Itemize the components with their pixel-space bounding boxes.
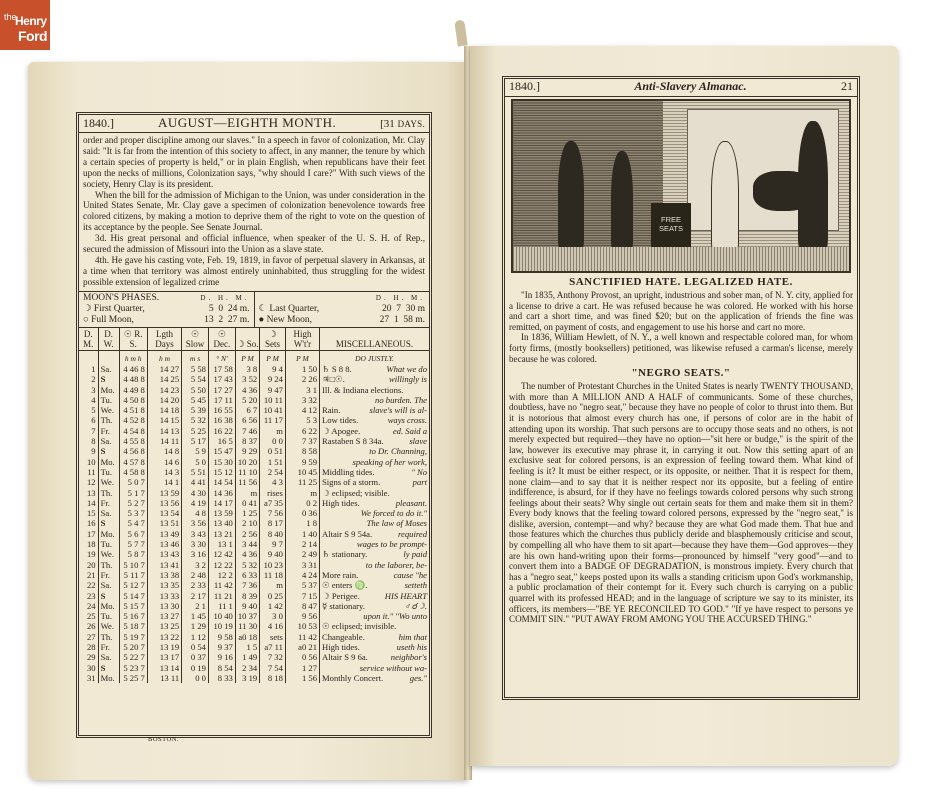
calendar-cell: 15 30 [208, 457, 235, 467]
calendar-cell: 14 17 [208, 498, 235, 508]
calendar-cell: 4 56 8 [119, 446, 147, 456]
calendar-cell: 3 19 [235, 673, 259, 683]
calendar-cell: 8 58 [285, 446, 319, 456]
calendar-cell: 5 20 [235, 395, 259, 405]
negro-seats-text: The number of Protestant Churches in the… [505, 379, 857, 625]
calendar-cell: 3 52 [235, 374, 259, 384]
calendar-cell: 5 51 [182, 467, 209, 477]
paragraph: 3d. His great personal and official infl… [83, 233, 425, 255]
calendar-cell: 9 37 [208, 642, 235, 652]
calendar-cell: 9 7 [260, 539, 286, 549]
miscellaneous-cell: " NoMiddling tides. [320, 467, 430, 477]
calendar-column-header: MISCELLANEOUS. [320, 328, 430, 351]
calendar-cell: 0 25 [260, 591, 286, 601]
calendar-cell: 4 51 8 [119, 405, 147, 415]
calendar-row: 25Tu.5 16 713 271 4510 4010 373 09 56upo… [79, 611, 429, 621]
calendar-cell: 5 37 [285, 580, 319, 590]
miscellaneous-cell: We forced to do it." [320, 508, 430, 518]
calendar-cell: 28 [79, 642, 98, 652]
calendar-row: 21Fr.5 11 713 382 4812 26 3311 184 24cau… [79, 570, 429, 580]
calendar-cell: 4 50 8 [119, 395, 147, 405]
calendar-cell: 13 17 [147, 652, 181, 662]
calendar-cell: Sa. [98, 364, 119, 374]
calendar-cell: 6 56 [235, 415, 259, 425]
calendar-cell: 11 56 [235, 477, 259, 487]
open-almanac-book: 1840.] AUGUST—EIGHTH MONTH. [31 DAYS. or… [28, 40, 908, 780]
miscellaneous-cell: him thatChangeable. [320, 632, 430, 642]
calendar-cell: 4 49 8 [119, 385, 147, 395]
calendar-cell: 10 23 [260, 560, 286, 570]
miscellaneous-cell: willingly is♃□☉. [320, 374, 430, 384]
calendar-cell: Fr. [98, 570, 119, 580]
calendar-cell: 8 47 [285, 601, 319, 611]
calendar-cell: 1 49 [235, 652, 259, 662]
calendar-row: 27Th.5 19 713 221 129 58a0 18sets11 42hi… [79, 632, 429, 642]
unit-label: h m [147, 350, 181, 364]
calendar-cell: 5 3 7 [119, 508, 147, 518]
calendar-cell: 13 21 [208, 529, 235, 539]
calendar-cell: sets [260, 632, 286, 642]
calendar-cell: 14 18 [147, 405, 181, 415]
left-page-frame: 1840.] AUGUST—EIGHTH MONTH. [31 DAYS. or… [76, 112, 432, 738]
calendar-cell: 13 [79, 488, 98, 498]
calendar-cell: 1 25 [235, 508, 259, 518]
calendar-cell: 0 2 [285, 498, 319, 508]
calendar-cell: Mo. [98, 457, 119, 467]
calendar-cell: 4 57 8 [119, 457, 147, 467]
calendar-cell: m [260, 580, 286, 590]
calendar-cell: 6 22 [285, 426, 319, 436]
calendar-cell: 5 11 7 [119, 570, 147, 580]
calendar-cell: 5 18 7 [119, 621, 147, 631]
miscellaneous-cell: wages to be prompt- [320, 539, 430, 549]
calendar-cell: 5 0 [182, 457, 209, 467]
street-ground [513, 247, 849, 271]
calendar-cell: 12 [79, 477, 98, 487]
calendar-cell: 9 56 [285, 611, 319, 621]
calendar-row: 28Fr.5 20 713 190 549 371 5a7 11a0 21use… [79, 642, 429, 652]
calendar-row: 13Th.5 1 713 594 3014 36mrisesm☽ eclipse… [79, 488, 429, 498]
first-quarter-icon: ☽ [83, 304, 92, 314]
calendar-cell: 4 12 [285, 405, 319, 415]
calendar-cell: 1 45 [182, 611, 209, 621]
calendar-cell: 11 25 [285, 477, 319, 487]
imprint-boston: BOSTON. [148, 736, 179, 743]
calendar-cell: 5 54 [182, 374, 209, 384]
left-body-text: order and proper discipline among our sl… [79, 133, 429, 288]
calendar-cell: 27 [79, 632, 98, 642]
calendar-cell: 13 25 [147, 621, 181, 631]
calendar-cell: 13 1 [208, 539, 235, 549]
calendar-cell: m [260, 426, 286, 436]
calendar-cell: m [235, 488, 259, 498]
calendar-cell: 1 42 [260, 601, 286, 611]
calendar-cell: 3 30 [182, 539, 209, 549]
calendar-cell: 2 54 [260, 467, 286, 477]
calendar-cell: 3 0 [260, 611, 286, 621]
calendar-cell: 5 4 7 [119, 518, 147, 528]
calendar-cell: 11 18 [260, 570, 286, 580]
calendar-cell: 4 24 [285, 570, 319, 580]
calendar-cell: 1 40 [285, 529, 319, 539]
cart-office-scene [513, 101, 663, 271]
unit-label: m s [182, 350, 209, 364]
unit-label [79, 350, 98, 364]
calendar-cell: 0 0 [260, 436, 286, 446]
calendar-row: 14Fr.5 2 713 564 1914 170 41a7 350 2plea… [79, 498, 429, 508]
left-running-header: 1840.] AUGUST—EIGHTH MONTH. [31 DAYS. [79, 115, 429, 133]
calendar-cell: Fr. [98, 426, 119, 436]
calendar-cell: S [98, 374, 119, 384]
miscellaneous-cell: ly paid♄ stationary. [320, 549, 430, 559]
calendar-cell: 1 56 [285, 673, 319, 683]
calendar-cell: 5 12 7 [119, 580, 147, 590]
calendar-column-header: ☉ Dec. [208, 328, 235, 351]
calendar-cell: 16 38 [208, 415, 235, 425]
calendar-cell: 13 35 [147, 580, 181, 590]
section-heading-negro-seats: "NEGRO SEATS." [505, 367, 857, 379]
unit-label: P M [285, 350, 319, 364]
calendar-row: 19We.5 8 713 433 1612 424 369 402 49ly p… [79, 549, 429, 559]
calendar-cell: 10 11 [260, 395, 286, 405]
calendar-cell: Mo. [98, 601, 119, 611]
new-moon-icon: ● [259, 315, 265, 325]
miscellaneous-cell: The law of Moses [320, 518, 430, 528]
calendar-cell: 13 56 [147, 498, 181, 508]
calendar-cell: 12 22 [208, 560, 235, 570]
calendar-cell: 6 7 [235, 405, 259, 415]
calendar-row: 23S5 14 713 332 1711 218 390 257 15HIS H… [79, 591, 429, 601]
calendar-row: 9S4 56 814 85 915 479 290 518 58to Dr. C… [79, 446, 429, 456]
calendar-cell: 3 56 [182, 518, 209, 528]
calendar-cell: 4 19 [182, 498, 209, 508]
miscellaneous-cell: service without wa- [320, 663, 430, 673]
left-header-title: AUGUST—EIGHTH MONTH. [158, 115, 336, 131]
calendar-cell: 13 51 [147, 518, 181, 528]
calendar-cell: 11 10 [235, 467, 259, 477]
calendar-cell: 13 46 [147, 539, 181, 549]
unit-label: P M [235, 350, 259, 364]
calendar-cell: 4 [79, 395, 98, 405]
miscellaneous-cell: slaveRastaben S 8 34a. [320, 436, 430, 446]
calendar-cell: 2 10 [235, 518, 259, 528]
calendar-cell: 11 17 [260, 415, 286, 425]
calendar-row: 10Mo.4 57 814 65 015 3010 201 519 59spea… [79, 457, 429, 467]
calendar-cell: 8 17 [260, 518, 286, 528]
calendar-cell: 12 42 [208, 549, 235, 559]
paragraph: order and proper discipline among our sl… [83, 135, 425, 190]
moon-phases-col-2: D. H. M. ☾ Last Quarter, 20 7 30 m ● New… [254, 292, 430, 327]
calendar-cell: Th. [98, 632, 119, 642]
calendar-cell: 2 34 [235, 663, 259, 673]
calendar-cell: 5 25 7 [119, 673, 147, 683]
unit-label [98, 350, 119, 364]
calendar-cell: a7 35 [260, 498, 286, 508]
paragraph: In 1836, William Hewlett, of N. Y., a we… [509, 332, 853, 364]
calendar-cell: 9 40 [235, 601, 259, 611]
right-page: 1840.] Anti-Slavery Almanac. 21 FREE SEA… [470, 46, 898, 766]
calendar-cell: 22 [79, 580, 98, 590]
calendar-cell: 10 53 [285, 621, 319, 631]
calendar-row: 22Sa.5 12 713 352 3311 427 36m5 37settet… [79, 580, 429, 590]
calendar-cell: 5 17 [182, 436, 209, 446]
calendar-cell: 16 22 [208, 426, 235, 436]
calendar-cell: 7 46 [235, 426, 259, 436]
calendar-cell: 11 30 [235, 621, 259, 631]
moon-phases: MOON'S PHASES.D. H. M. ☽ First Quarter, … [79, 291, 429, 328]
calendar-row: 5We.4 51 814 185 3916 556 710 414 12slav… [79, 405, 429, 415]
calendar-cell: 8 37 [235, 436, 259, 446]
calendar-cell: S [98, 446, 119, 456]
miscellaneous-cell: cause "heMore rain. [320, 570, 430, 580]
calendar-row: 2S4 48 814 255 5417 433 529 242 26willin… [79, 374, 429, 384]
calendar-cell: 13 49 [147, 529, 181, 539]
calendar-cell: 14 15 [147, 415, 181, 425]
calendar-cell: Th. [98, 488, 119, 498]
calendar-cell: We. [98, 477, 119, 487]
calendar-row: 15Sa.5 3 713 544 813 591 257 560 36We fo… [79, 508, 429, 518]
calendar-cell: 9 24 [260, 374, 286, 384]
calendar-row: 17Mo.5 6 713 493 4313 212 568 401 40requ… [79, 529, 429, 539]
calendar-cell: 3 44 [235, 539, 259, 549]
miscellaneous-cell: ed. Said a☽ Apogee. [320, 426, 430, 436]
calendar-cell: rises [260, 488, 286, 498]
calendar-cell: 10 19 [208, 621, 235, 631]
calendar-cell: 2 56 [235, 529, 259, 539]
calendar-row: 6Th.4 52 814 155 3216 386 5611 175 3ways… [79, 415, 429, 425]
calendar-cell: 7 56 [260, 508, 286, 518]
calendar-cell: 13 33 [147, 591, 181, 601]
calendar-cell: 4 52 8 [119, 415, 147, 425]
calendar-cell: 10 41 [260, 405, 286, 415]
calendar-cell: Mo. [98, 673, 119, 683]
calendar-cell: 4 36 [235, 549, 259, 559]
right-page-frame: 1840.] Anti-Slavery Almanac. 21 FREE SEA… [502, 76, 860, 700]
calendar-cell: 10 40 [208, 611, 235, 621]
calendar-cell: 8 54 [208, 663, 235, 673]
calendar-units-row: h m hh mm s° N'P MP MP MDO JUSTLY. [79, 350, 429, 364]
figure-man-top-hat [798, 121, 828, 251]
miscellaneous-cell: upon it." "Wo unto [320, 611, 430, 621]
calendar-cell: 4 30 [182, 488, 209, 498]
calendar-cell: 13 41 [147, 560, 181, 570]
calendar-cell: 30 [79, 663, 98, 673]
calendar-cell: We. [98, 549, 119, 559]
calendar-cell: 14 13 [147, 426, 181, 436]
unit-label: DO JUSTLY. [320, 350, 430, 364]
calendar-cell: 5 0 7 [119, 477, 147, 487]
calendar-cell: 2 49 [285, 549, 319, 559]
calendar-cell: 4 54 8 [119, 426, 147, 436]
page-number: 21 [841, 79, 853, 94]
miscellaneous-cell: What we do♄ S 8 8. [320, 364, 430, 374]
calendar-cell: 0 19 [182, 663, 209, 673]
calendar-cell: 1 50 [285, 364, 319, 374]
moon-phases-title: MOON'S PHASES. [83, 293, 159, 304]
paragraph: 4th. He gave his casting vote, Feb. 19, … [83, 255, 425, 288]
moon-phases-col-1: MOON'S PHASES.D. H. M. ☽ First Quarter, … [79, 292, 254, 327]
calendar-cell: 11 1 [208, 601, 235, 611]
calendar-row: 31Mo.5 25 713 110 08 333 198 181 56ges."… [79, 673, 429, 683]
miscellaneous-cell: no burden. The [320, 395, 430, 405]
calendar-cell: 31 [79, 673, 98, 683]
left-page: 1840.] AUGUST—EIGHTH MONTH. [31 DAYS. or… [28, 62, 468, 780]
miscellaneous-cell: ges."Monthly Concert. [320, 673, 430, 683]
calendar-cell: 7 36 [235, 580, 259, 590]
right-header-title: Anti-Slavery Almanac. [634, 79, 746, 94]
calendar-cell: 9 59 [285, 457, 319, 467]
calendar-cell: 5 3 [285, 415, 319, 425]
calendar-cell: Tu. [98, 611, 119, 621]
calendar-row: 16S5 4 713 513 5613 402 108 171 8The law… [79, 518, 429, 528]
calendar-cell: 4 16 [260, 621, 286, 631]
section-heading-sanctified-hate: SANCTIFIED HATE. LEGALIZED HATE. [505, 276, 857, 288]
calendar-cell: 13 38 [147, 570, 181, 580]
calendar-cell: 5 22 7 [119, 652, 147, 662]
calendar-cell: 5 2 7 [119, 498, 147, 508]
moon-phase-row: ☾ Last Quarter, 20 7 30 m [259, 304, 426, 315]
calendar-cell: 5 32 [182, 415, 209, 425]
calendar-row: 26We.5 18 713 251 2910 1911 304 1610 53☉… [79, 621, 429, 631]
miscellaneous-cell: slave's will is al-Rain. [320, 405, 430, 415]
calendar-cell: 5 25 [182, 426, 209, 436]
calendar-cell: 9 47 [260, 385, 286, 395]
calendar-cell: 1 [79, 364, 98, 374]
calendar-cell: We. [98, 621, 119, 631]
calendar-cell: 14 20 [147, 395, 181, 405]
miscellaneous-cell: ☉ eclipsed; invisible. [320, 621, 430, 631]
calendar-cell: 2 17 [182, 591, 209, 601]
calendar-cell: 9 29 [235, 446, 259, 456]
calendar-cell: 4 41 [182, 477, 209, 487]
calendar-cell: 6 [79, 415, 98, 425]
calendar-cell: 4 58 8 [119, 467, 147, 477]
calendar-cell: 0 51 [260, 446, 286, 456]
calendar-cell: 0 0 [182, 673, 209, 683]
calendar-cell: 11 [79, 467, 98, 477]
calendar-cell: 5 [79, 405, 98, 415]
calendar-cell: 8 [79, 436, 98, 446]
calendar-row: 3Mo.4 49 814 235 5017 274 369 473 1Ill. … [79, 385, 429, 395]
calendar-column-header: ☽ Sets [260, 328, 286, 351]
calendar-cell: 4 8 [182, 508, 209, 518]
miscellaneous-cell: setteth☉ enters ♍. [320, 580, 430, 590]
calendar-cell: 1 27 [285, 663, 319, 673]
full-moon-icon: ○ [83, 315, 89, 325]
calendar-cell: 14 11 [147, 436, 181, 446]
unit-label: h m h [119, 350, 147, 364]
calendar-body: h m hh mm s° N'P MP MP MDO JUSTLY.1Sa.4 … [79, 350, 429, 683]
calendar-cell: 13 43 [147, 549, 181, 559]
calendar-cell: 5 6 7 [119, 529, 147, 539]
calendar-cell: 1 5 [235, 642, 259, 652]
calendar-cell: 9 4 [260, 364, 286, 374]
calendar-cell: 4 46 8 [119, 364, 147, 374]
calendar-cell: 1 29 [182, 621, 209, 631]
calendar-cell: 10 45 [285, 467, 319, 477]
calendar-cell: 16 5 [208, 436, 235, 446]
calendar-cell: 5 9 [182, 446, 209, 456]
calendar-cell: 14 1 [147, 477, 181, 487]
calendar-column-header: ☽ So. [235, 328, 259, 351]
calendar-cell: 13 27 [147, 611, 181, 621]
figure-man-pointing [558, 141, 584, 251]
calendar-cell: 14 25 [147, 374, 181, 384]
calendar-cell: 2 26 [285, 374, 319, 384]
calendar-cell: 3 1 [285, 385, 319, 395]
calendar-row: 20Th.5 10 713 413 212 225 3210 233 31to … [79, 560, 429, 570]
calendar-cell: 5 58 [182, 364, 209, 374]
calendar-cell: 11 42 [285, 632, 319, 642]
calendar-cell: 9 [79, 446, 98, 456]
calendar-cell: 7 15 [285, 591, 319, 601]
paragraph: "In 1835, Anthony Provost, an upright, i… [509, 290, 853, 332]
moon-phase-row: ● New Moon, 27 1 58 m. [259, 315, 426, 326]
calendar-cell: Th. [98, 415, 119, 425]
calendar-column-header: ☉ Slow [182, 328, 209, 351]
calendar-cell: 10 20 [235, 457, 259, 467]
calendar-cell: 17 11 [208, 395, 235, 405]
calendar-cell: 29 [79, 652, 98, 662]
calendar-cell: 7 32 [260, 652, 286, 662]
calendar-cell: Mo. [98, 385, 119, 395]
calendar-cell: 13 14 [147, 663, 181, 673]
calendar-cell: 8 40 [260, 529, 286, 539]
calendar-header-row: D. M.D. W.☉ R. S.Lgth Days☉ Slow☉ Dec.☽ … [79, 328, 429, 351]
calendar-cell: 2 1 [182, 601, 209, 611]
calendar-row: 8Sa.4 55 814 115 1716 58 370 07 37slaveR… [79, 436, 429, 446]
calendar-cell: 3 43 [182, 529, 209, 539]
calendar-cell: 17 27 [208, 385, 235, 395]
miscellaneous-cell: speaking of her work, [320, 457, 430, 467]
calendar-cell: 8 39 [235, 591, 259, 601]
calendar-cell: 26 [79, 621, 98, 631]
calendar-cell: 5 10 7 [119, 560, 147, 570]
miscellaneous-cell: ☽ eclipsed; visible. [320, 488, 430, 498]
calendar-cell: Tu. [98, 467, 119, 477]
calendar-cell: 18 [79, 539, 98, 549]
calendar-cell: 8 18 [260, 673, 286, 683]
calendar-cell: 3 32 [285, 395, 319, 405]
calendar-cell: 2 14 [285, 539, 319, 549]
calendar-cell: Mo. [98, 529, 119, 539]
calendar-row: 24Mo.5 15 713 302 111 19 401 428 47♂☌☽.☿… [79, 601, 429, 611]
calendar-cell: 23 [79, 591, 98, 601]
calendar-cell: Sa. [98, 508, 119, 518]
calendar-cell: 5 7 7 [119, 539, 147, 549]
calendar-cell: 4 55 8 [119, 436, 147, 446]
calendar-cell: Sa. [98, 580, 119, 590]
calendar-cell: We. [98, 405, 119, 415]
calendar-cell: 9 16 [208, 652, 235, 662]
calendar-cell: 10 [79, 457, 98, 467]
calendar-cell: 11 21 [208, 591, 235, 601]
calendar-cell: 13 54 [147, 508, 181, 518]
calendar-cell: 20 [79, 560, 98, 570]
calendar-cell: 3 [79, 385, 98, 395]
woodcut-illustration: FREE SEATS [511, 99, 851, 273]
calendar-cell: 15 47 [208, 446, 235, 456]
miscellaneous-cell: ways cross.Low tides. [320, 415, 430, 425]
calendar-column-header: D. M. [79, 328, 98, 351]
last-quarter-icon: ☾ [259, 304, 268, 314]
right-running-header: 1840.] Anti-Slavery Almanac. 21 [505, 79, 857, 97]
calendar-cell: 5 45 [182, 395, 209, 405]
calendar-cell: 17 [79, 529, 98, 539]
calendar-row: 29Sa.5 22 713 170 379 161 497 320 56neig… [79, 652, 429, 662]
calendar-cell: 5 20 7 [119, 642, 147, 652]
calendar-cell: 14 3 [147, 467, 181, 477]
